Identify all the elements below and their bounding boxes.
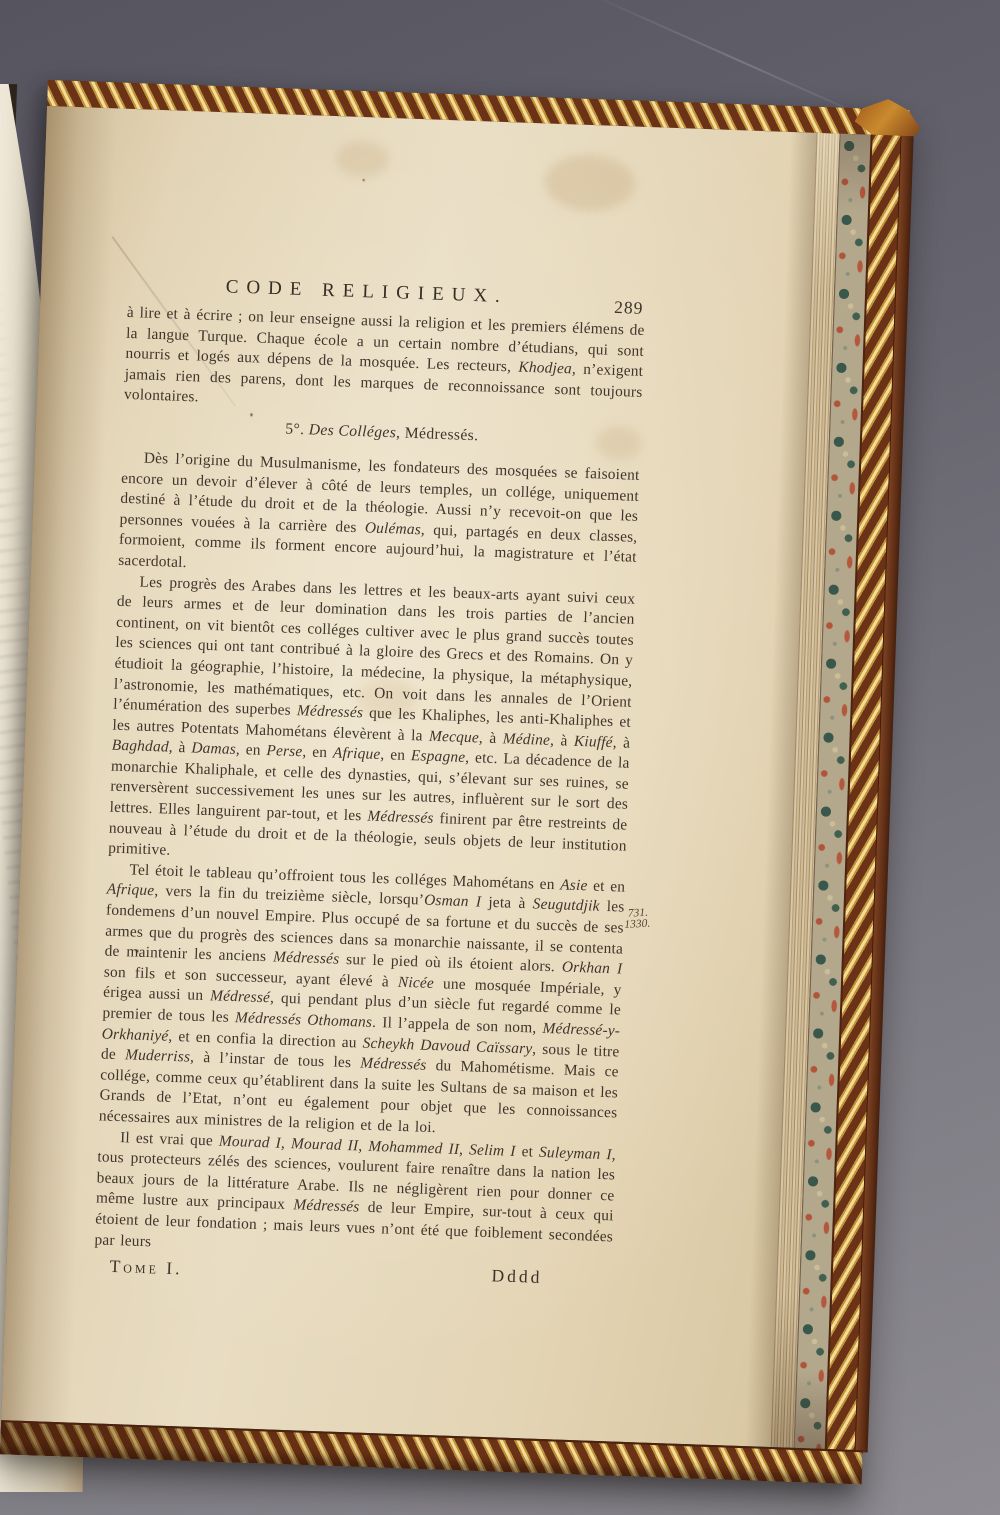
italic-text-run: Espagne: [411, 747, 466, 766]
italic-text-run: Médressés: [367, 808, 434, 827]
italic-text-run: Médine: [503, 730, 551, 749]
text-run: , et en confia la direction au: [168, 1027, 363, 1051]
italic-text-run: Médressés: [293, 1197, 360, 1216]
book: CODE RELIGIEUX. 289 731. 1330. à lire et…: [0, 80, 909, 1484]
italic-text-run: Médressé: [210, 988, 271, 1007]
text-run: , en: [236, 741, 267, 759]
italic-text-run: Baghdad: [112, 737, 170, 756]
text-block: 731. 1330. à lire et à écrire ; on leur …: [94, 303, 645, 1269]
italic-text-run: Damas: [191, 740, 236, 759]
text-run: . Il l’appela de son nom,: [372, 1014, 543, 1037]
text-run: , à l’instar de tous les: [190, 1049, 361, 1072]
italic-text-run: Perse: [266, 742, 303, 760]
italic-text-run: Osman I: [424, 892, 482, 911]
text-run: Il est vrai que: [120, 1129, 219, 1149]
italic-text-run: Afrique: [106, 881, 154, 900]
italic-text-run: Suleyman I: [539, 1143, 612, 1163]
text-run: , à: [612, 734, 630, 752]
paragraph-arab-sciences: Les progrès des Arabes dans les lettres …: [108, 571, 636, 877]
text-run: , à: [168, 739, 191, 757]
photo-backdrop: CODE RELIGIEUX. 289 731. 1330. à lire et…: [0, 0, 1000, 1515]
margin-note: 731. 1330.: [628, 906, 675, 930]
text-run: jeta à: [481, 894, 533, 913]
italic-text-run: Seugutdjik: [532, 896, 600, 915]
page-number: 289: [614, 297, 644, 319]
page: CODE RELIGIEUX. 289 731. 1330. à lire et…: [1, 106, 816, 1449]
margin-note-year-gregorian: 1330.: [624, 917, 675, 931]
italic-text-run: Kiuffé: [574, 732, 613, 750]
italic-text-run: Mourad II: [291, 1135, 359, 1154]
book-body: CODE RELIGIEUX. 289 731. 1330. à lire et…: [1, 106, 908, 1452]
text-run: , en: [380, 746, 411, 764]
italic-text-run: Scheykh Davoud Caïssary: [362, 1034, 532, 1057]
italic-text-run: Mecque: [429, 727, 479, 746]
italic-text-run: Médressés: [273, 949, 340, 968]
text-run: , Médressés.: [396, 424, 479, 444]
printers-signature: Dddd: [491, 1265, 543, 1288]
italic-text-run: Médressés Othomans: [235, 1009, 373, 1031]
italic-text-run: Médressés: [297, 702, 364, 721]
italic-text-run: Afrique: [333, 745, 381, 764]
paragraph-origins: Dès l’origine du Musulmanisme, les fonda…: [118, 448, 640, 590]
text-run: et: [515, 1143, 539, 1161]
paragraph-osman-orkhan: Tel étoit le tableau qu’offroient tous l…: [98, 859, 625, 1145]
foxing-spot: [544, 153, 636, 212]
italic-text-run: Selim I: [469, 1141, 516, 1160]
italic-text-run: Orkhan I: [562, 959, 623, 978]
text-run: ,: [281, 1134, 292, 1151]
paragraph-sultans-protectors: Il est vrai que Mourad I, Mourad II, Moh…: [94, 1127, 616, 1269]
italic-text-run: Nicée: [398, 974, 435, 992]
ink-fleck: [363, 179, 365, 181]
italic-text-run: Oulémas: [365, 519, 422, 538]
text-run: , à: [479, 729, 503, 747]
italic-text-run: Asie: [560, 876, 588, 894]
italic-text-run: Khodjea: [518, 359, 572, 378]
italic-text-run: Médressés: [360, 1055, 427, 1074]
text-run: 5°.: [285, 420, 309, 438]
text-run: , en: [302, 744, 333, 762]
text-run: Les progrès des Arabes dans les lettres …: [113, 573, 636, 719]
italic-text-run: Muderriss: [125, 1046, 191, 1065]
tome-label: Tome I.: [109, 1256, 183, 1280]
italic-text-run: Des Colléges: [308, 421, 396, 441]
foxing-spot: [335, 140, 390, 178]
text-run: , à: [550, 732, 574, 750]
italic-text-run: Mourad I: [219, 1132, 282, 1151]
italic-text-run: Mohammed II: [368, 1137, 459, 1157]
text-run: et en: [587, 877, 625, 895]
continuation-paragraph: à lire et à écrire ; on leur enseigne au…: [124, 303, 645, 424]
